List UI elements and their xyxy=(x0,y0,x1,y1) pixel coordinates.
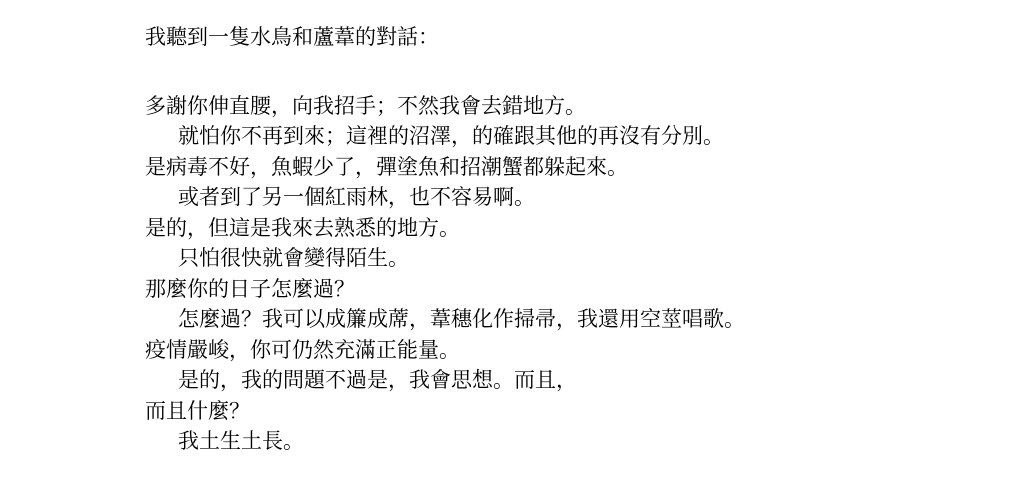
dialogue-line: 是病毒不好，魚蝦少了，彈塗魚和招潮蟹都躲起來。 xyxy=(145,152,965,183)
dialogue-line: 我土生土長。 xyxy=(145,426,965,457)
dialogue-line: 是的，但這是我來去熟悉的地方。 xyxy=(145,213,965,244)
dialogue-line: 而且什麼？ xyxy=(145,396,965,427)
document-title-line: 我聽到一隻水鳥和蘆葦的對話： xyxy=(145,22,965,53)
document-page: 我聽到一隻水鳥和蘆葦的對話： 多謝你伸直腰，向我招手；不然我會去錯地方。 就怕你… xyxy=(145,22,965,457)
blank-line-spacer xyxy=(145,53,965,91)
dialogue-line: 只怕很快就會變得陌生。 xyxy=(145,243,965,274)
dialogue-line: 多謝你伸直腰，向我招手；不然我會去錯地方。 xyxy=(145,91,965,122)
dialogue-line: 是的，我的問題不過是，我會思想。而且， xyxy=(145,365,965,396)
dialogue-line: 怎麼過？我可以成簾成蓆，葦穗化作掃帚，我還用空莖唱歌。 xyxy=(145,304,965,335)
dialogue-line: 那麼你的日子怎麼過？ xyxy=(145,274,965,305)
dialogue-line: 或者到了另一個紅雨林，也不容易啊。 xyxy=(145,182,965,213)
dialogue-line: 就怕你不再到來；這裡的沼澤，的確跟其他的再沒有分別。 xyxy=(145,121,965,152)
dialogue-line: 疫情嚴峻，你可仍然充滿正能量。 xyxy=(145,335,965,366)
